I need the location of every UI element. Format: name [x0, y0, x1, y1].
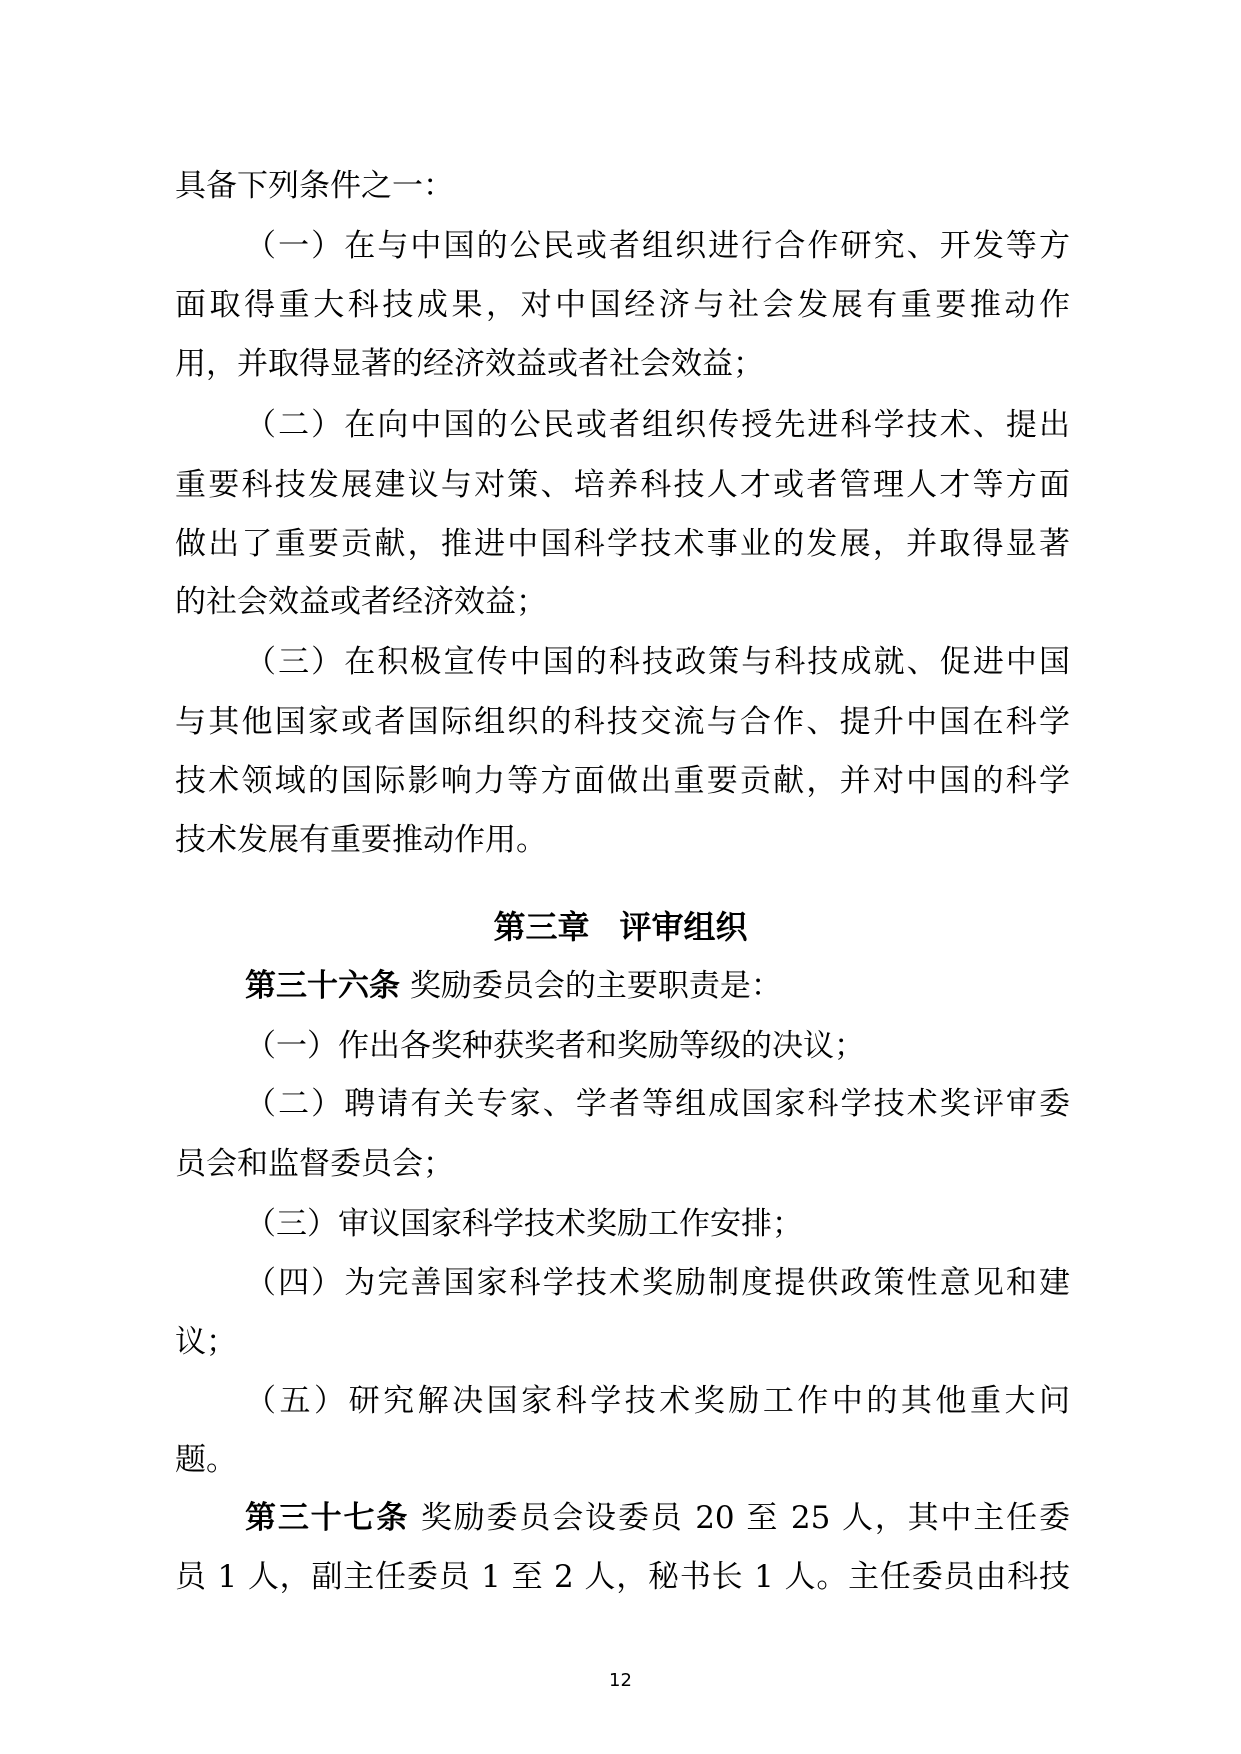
page-number: 12: [0, 1670, 1241, 1691]
paragraph-line: 面取得重大科技成果，对中国经济与社会发展有重要推动作: [175, 283, 1070, 327]
list-item-continuation: 议；: [175, 1320, 1070, 1364]
article-intro: 奖励委员会的主要职责是：: [410, 968, 782, 1004]
paragraph-line: 与其他国家或者国际组织的科技交流与合作、提升中国在科学: [175, 700, 1070, 744]
article-37-line: 员 1 人，副主任委员 1 至 2 人，秘书长 1 人。主任委员由科技: [175, 1555, 1070, 1599]
paragraph-line: 重要科技发展建议与对策、培养科技人才或者管理人才等方面: [175, 463, 1070, 507]
paragraph-line: 具备下列条件之一：: [175, 164, 1070, 208]
chapter-heading: 第三章评审组织: [0, 905, 1241, 949]
document-page: 具备下列条件之一： （一）在与中国的公民或者组织进行合作研究、开发等方 面取得重…: [0, 0, 1241, 1754]
paragraph-line: 的社会效益或者经济效益；: [175, 580, 1070, 624]
list-item: （四）为完善国家科学技术奖励制度提供政策性意见和建: [245, 1261, 1070, 1305]
list-item: （五）研究解决国家科学技术奖励工作中的其他重大问: [245, 1379, 1070, 1423]
chapter-title: 评审组织: [620, 908, 748, 946]
article-37-line: 第三十七条 奖励委员会设委员 20 至 25 人，其中主任委: [245, 1496, 1070, 1540]
paragraph-line: （一）在与中国的公民或者组织进行合作研究、开发等方: [245, 224, 1070, 268]
paragraph-line: 做出了重要贡献，推进中国科学技术事业的发展，并取得显著: [175, 522, 1070, 566]
paragraph-line: 技术发展有重要推动作用。: [175, 818, 1070, 862]
article-text: 奖励委员会设委员 20 至 25 人，其中主任委: [421, 1500, 1070, 1536]
list-item-continuation: 题。: [175, 1438, 1070, 1482]
article-label: 第三十七条: [245, 1500, 409, 1536]
chapter-number: 第三章: [493, 908, 589, 946]
list-item: （二）聘请有关专家、学者等组成国家科学技术奖评审委: [245, 1082, 1070, 1126]
paragraph-line: 技术领域的国际影响力等方面做出重要贡献，并对中国的科学: [175, 759, 1070, 803]
list-item: （一）作出各奖种获奖者和奖励等级的决议；: [245, 1024, 1070, 1068]
list-item-continuation: 员会和监督委员会；: [175, 1142, 1070, 1186]
list-item: （三）审议国家科学技术奖励工作安排；: [245, 1202, 1070, 1246]
paragraph-line: （三）在积极宣传中国的科技政策与科技成就、促进中国: [245, 640, 1070, 684]
paragraph-line: （二）在向中国的公民或者组织传授先进科学技术、提出: [245, 403, 1070, 447]
article-label: 第三十六条: [245, 968, 400, 1004]
paragraph-line: 用，并取得显著的经济效益或者社会效益；: [175, 342, 1070, 386]
article-36-heading: 第三十六条 奖励委员会的主要职责是：: [245, 964, 1070, 1008]
